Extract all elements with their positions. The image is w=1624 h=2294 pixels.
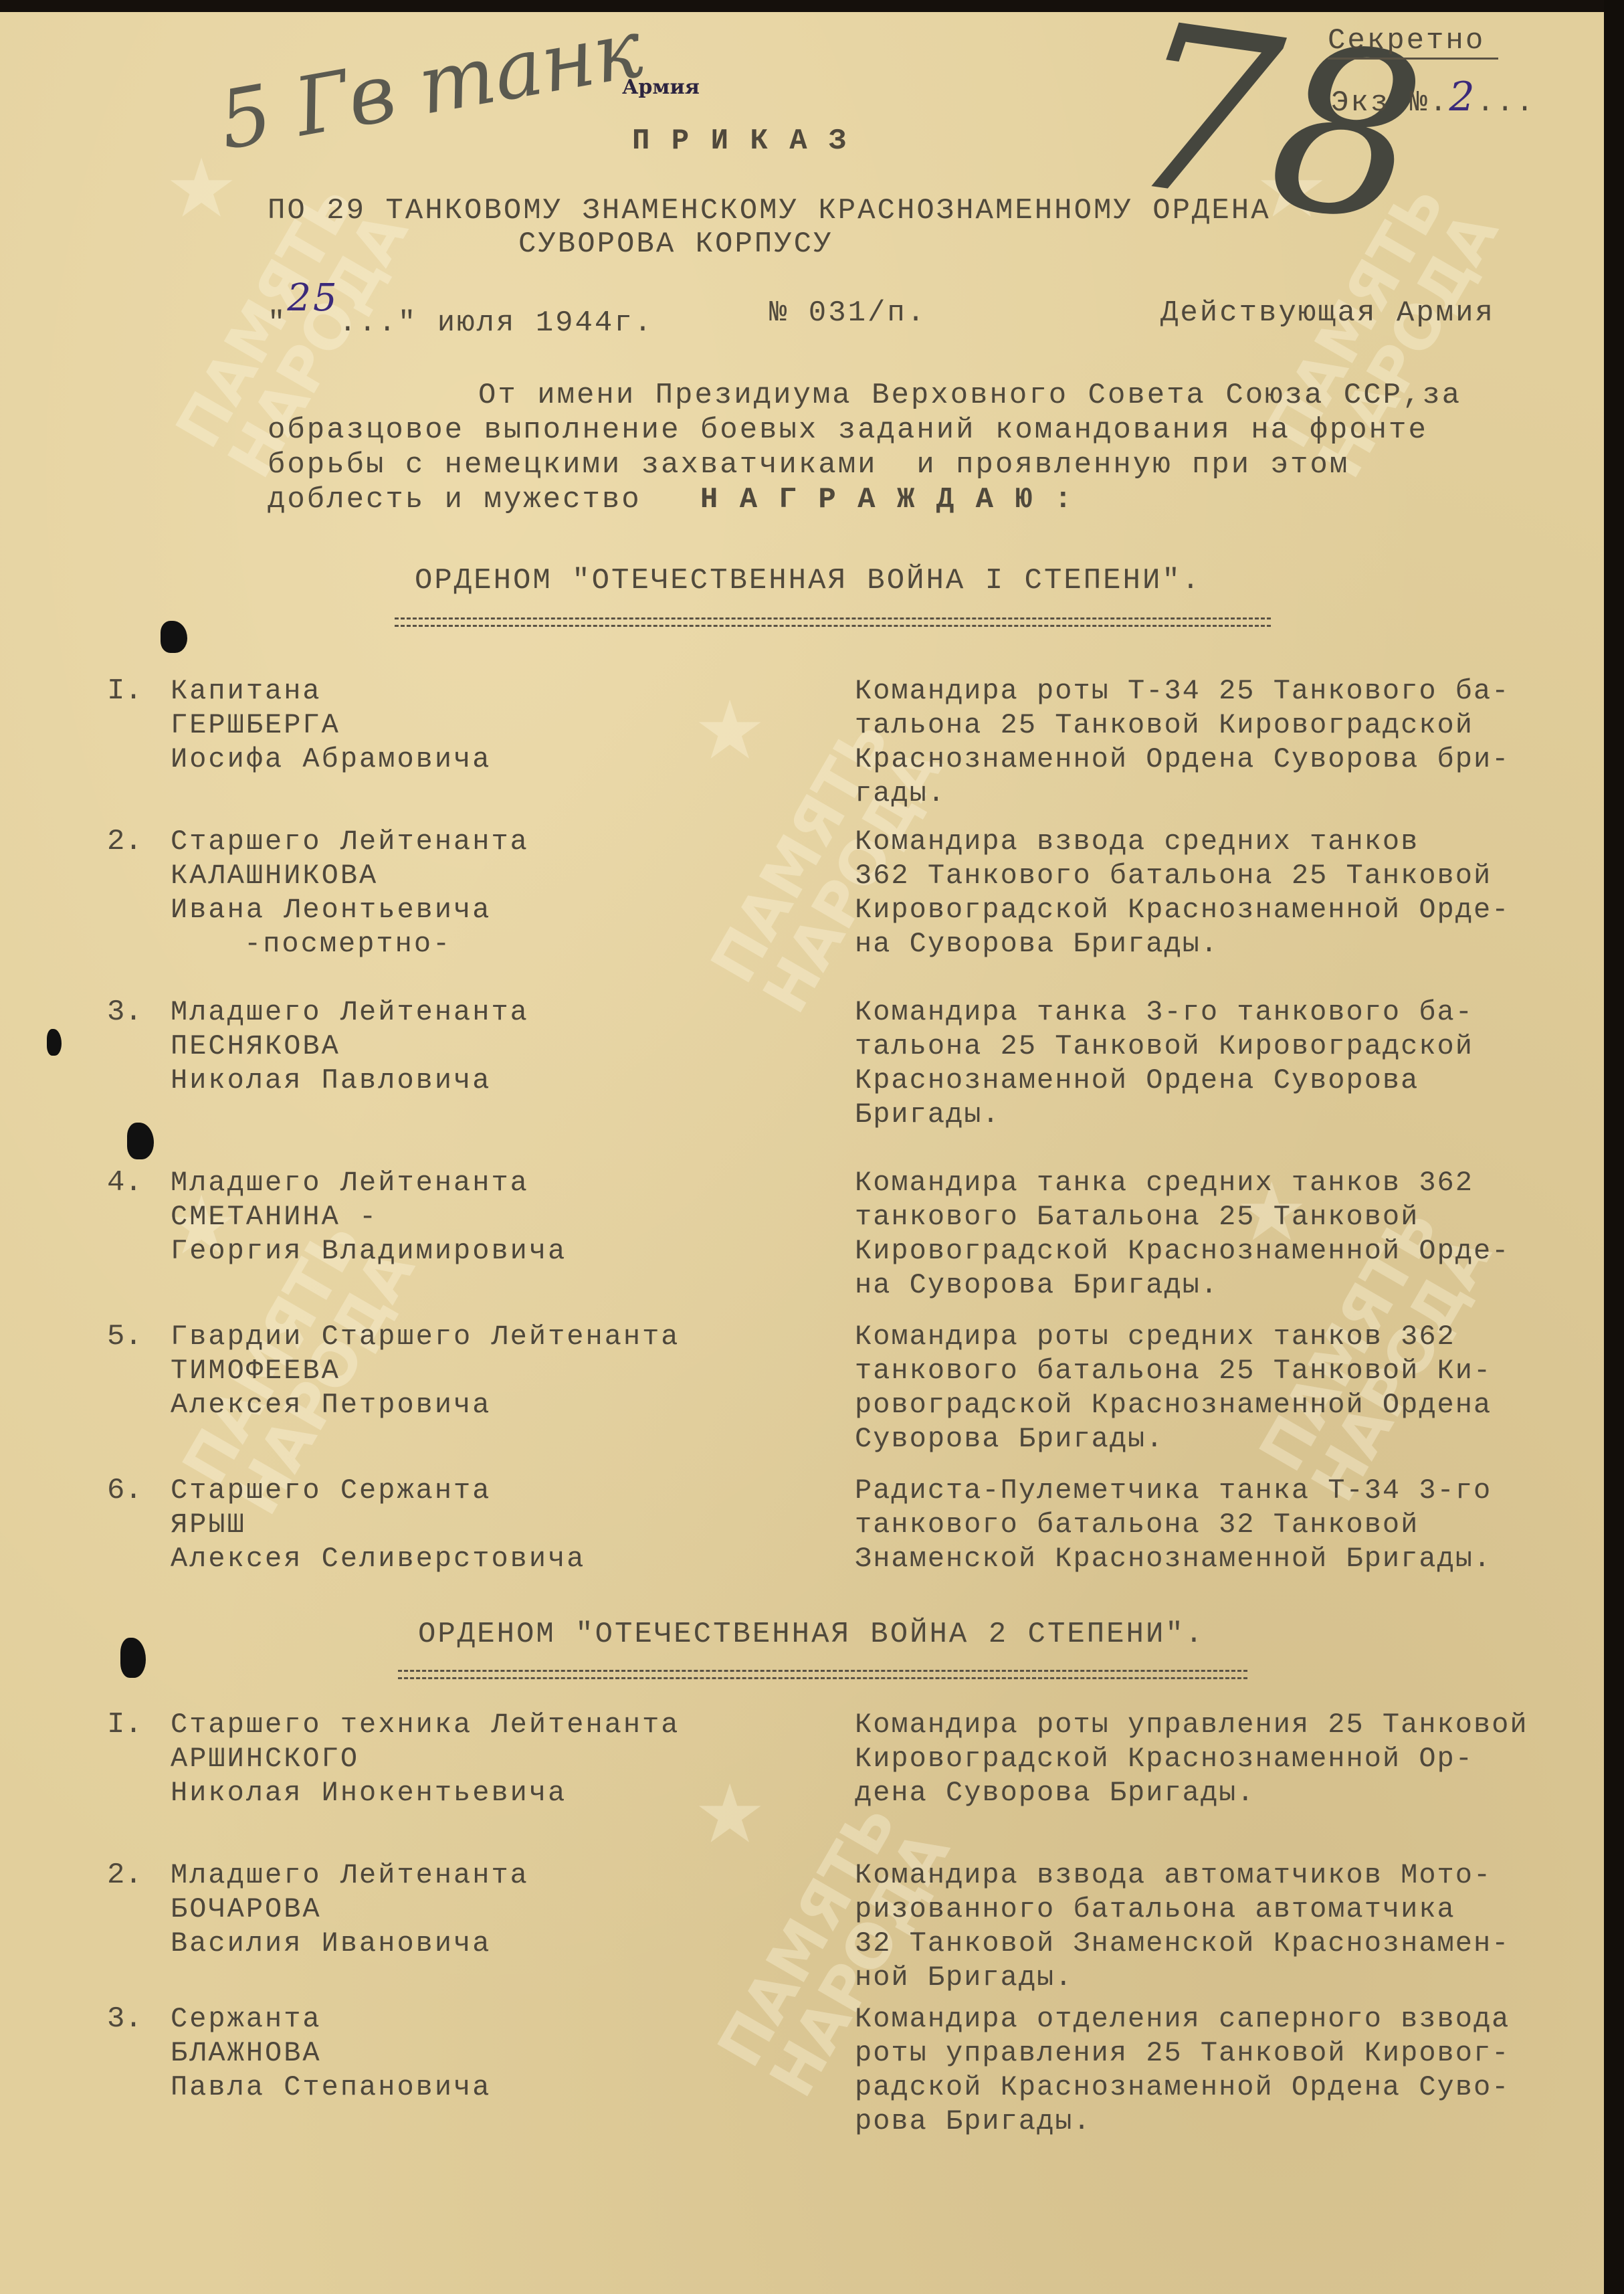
copy-number: Экз №.2... bbox=[1331, 74, 1536, 120]
entry-number: I. bbox=[107, 674, 142, 708]
recipient-surname: КАЛАШНИКОВА bbox=[171, 859, 529, 893]
entry-number: 2. bbox=[107, 825, 142, 858]
recipient-position: Радиста-Пулеметчика танка Т-34 3-го танк… bbox=[855, 1474, 1597, 1576]
recipient: Младшего ЛейтенантаСМЕТАНИНА -Георгия Вл… bbox=[171, 1166, 567, 1268]
recipient-position: Командира отделения саперного взвода рот… bbox=[855, 2002, 1597, 2139]
order-date: "25..." июля 1944г. bbox=[268, 296, 653, 340]
recipient-given-name: Алексея Петровича bbox=[171, 1388, 680, 1422]
recipient-given-name: Ивана Леонтьевича bbox=[171, 893, 529, 927]
copy-number-value: 2 bbox=[1449, 74, 1476, 120]
entry-number: I. bbox=[107, 1708, 142, 1741]
preamble-line: образцовое выполнение боевых заданий ком… bbox=[268, 413, 1428, 447]
recipient-rank: Старшего техника Лейтенанта bbox=[171, 1708, 680, 1742]
heading-underline bbox=[398, 1670, 1247, 1679]
punch-hole bbox=[47, 1029, 62, 1056]
entry-number: 3. bbox=[107, 2002, 142, 2036]
recipient-position: Командира взвода средних танков 362 Танк… bbox=[855, 825, 1597, 961]
recipient-given-name: Николая Павловича bbox=[171, 1064, 529, 1098]
classification-label: Секретно bbox=[1328, 24, 1498, 60]
recipient-rank: Сержанта bbox=[171, 2002, 491, 2036]
recipient: КапитанаГЕРШБЕРГАИосифа Абрамовича bbox=[171, 674, 491, 777]
recipient: Младшего ЛейтенантаПЕСНЯКОВАНиколая Павл… bbox=[171, 995, 529, 1098]
recipient-rank: Младшего Лейтенанта bbox=[171, 1858, 529, 1893]
recipient-surname: БЛАЖНОВА bbox=[171, 2036, 491, 2071]
recipient: Старшего техника ЛейтенантаАРШИНСКОГОНик… bbox=[171, 1708, 680, 1810]
scan-right-border bbox=[1604, 0, 1624, 2294]
subtitle-line1: ПО 29 ТАНКОВОМУ ЗНАМЕНСКОМУ КРАСНОЗНАМЕН… bbox=[268, 194, 1271, 227]
punch-hole bbox=[161, 621, 187, 653]
recipient-surname: БОЧАРОВА bbox=[171, 1893, 529, 1927]
punch-hole bbox=[120, 1638, 146, 1678]
punch-hole bbox=[127, 1123, 154, 1159]
recipient-position: Командира танка 3-го танкового ба- тальо… bbox=[855, 995, 1597, 1132]
location: Действующая Армия bbox=[1160, 296, 1495, 330]
award-verb: Н А Г Р А Ж Д А Ю : bbox=[700, 483, 1074, 516]
watermark-star-icon: ★ bbox=[696, 654, 764, 794]
recipient: Гвардии Старшего ЛейтенантаТИМОФЕЕВААлек… bbox=[171, 1320, 680, 1422]
document-page: ★ ПАМЯТЬНАРОДА ★ ПАМЯТЬНАРОДА ★ ПАМЯТЬНА… bbox=[0, 12, 1604, 2294]
entry-number: 2. bbox=[107, 1858, 142, 1892]
section-heading: ОРДЕНОМ "ОТЕЧЕСТВЕННАЯ ВОЙНА I СТЕПЕНИ". bbox=[415, 564, 1201, 597]
watermark-star-icon: ★ bbox=[696, 1738, 764, 1878]
recipient-surname: ПЕСНЯКОВА bbox=[171, 1030, 529, 1064]
handwritten-note: 5 Гв танк bbox=[213, 3, 649, 169]
recipient: Старшего ЛейтенантаКАЛАШНИКОВАИвана Леон… bbox=[171, 825, 529, 961]
recipient-surname: АРШИНСКОГО bbox=[171, 1742, 680, 1776]
recipient-rank: Капитана bbox=[171, 674, 491, 708]
recipient-given-name: Георгия Владимировича bbox=[171, 1234, 567, 1268]
section-heading: ОРДЕНОМ "ОТЕЧЕСТВЕННАЯ ВОЙНА 2 СТЕПЕНИ". bbox=[418, 1618, 1205, 1651]
entry-number: 5. bbox=[107, 1320, 142, 1353]
recipient-rank: Младшего Лейтенанта bbox=[171, 1166, 567, 1200]
recipient-surname: ЯРЫШ bbox=[171, 1508, 586, 1542]
recipient-rank: Гвардии Старшего Лейтенанта bbox=[171, 1320, 680, 1354]
recipient-surname: СМЕТАНИНА - bbox=[171, 1200, 567, 1234]
date-day: 25 bbox=[287, 276, 338, 320]
recipient-rank: Старшего Лейтенанта bbox=[171, 825, 529, 859]
recipient-given-name: Николая Инокентьевича bbox=[171, 1776, 680, 1810]
entry-number: 4. bbox=[107, 1166, 142, 1200]
preamble-line: доблесть и мужество Н А Г Р А Ж Д А Ю : bbox=[268, 483, 1074, 516]
page-title: П Р И К А З bbox=[632, 124, 848, 158]
recipient-given-name: Василия Ивановича bbox=[171, 1927, 529, 1961]
entry-number: 3. bbox=[107, 995, 142, 1029]
recipient-given-name: Иосифа Абрамовича bbox=[171, 743, 491, 777]
recipient-position: Командира взвода автоматчиков Мото- ризо… bbox=[855, 1858, 1597, 1995]
recipient-surname: ТИМОФЕЕВА bbox=[171, 1354, 680, 1388]
recipient-position: Командира роты Т-34 25 Танкового ба- тал… bbox=[855, 674, 1597, 811]
recipient-given-name: Павла Степановича bbox=[171, 2071, 491, 2105]
recipient-rank: Младшего Лейтенанта bbox=[171, 995, 529, 1030]
entry-number: 6. bbox=[107, 1474, 142, 1507]
recipient-position: Командира танка средних танков 362 танко… bbox=[855, 1166, 1597, 1303]
preamble-line: борьбы с немецкими захватчиками и проявл… bbox=[268, 448, 1349, 482]
recipient-rank: Старшего Сержанта bbox=[171, 1474, 586, 1508]
preamble-line: От имени Президиума Верховного Совета Со… bbox=[478, 379, 1461, 412]
subtitle-line2: СУВОРОВА КОРПУСУ bbox=[518, 227, 833, 261]
recipient-note: -посмертно- bbox=[171, 927, 529, 961]
army-stamp: Армия bbox=[622, 76, 700, 99]
recipient: Старшего СержантаЯРЫШАлексея Селиверстов… bbox=[171, 1474, 586, 1576]
heading-underline bbox=[395, 617, 1271, 627]
recipient-given-name: Алексея Селиверстовича bbox=[171, 1542, 586, 1576]
recipient-surname: ГЕРШБЕРГА bbox=[171, 708, 491, 743]
recipient: Младшего ЛейтенантаБОЧАРОВАВасилия Ивано… bbox=[171, 1858, 529, 1961]
recipient-position: Командира роты управления 25 Танковой Ки… bbox=[855, 1708, 1597, 1810]
recipient: СержантаБЛАЖНОВАПавла Степановича bbox=[171, 2002, 491, 2105]
order-number: № 031/п. bbox=[769, 296, 926, 330]
recipient-position: Командира роты средних танков 362 танков… bbox=[855, 1320, 1597, 1456]
